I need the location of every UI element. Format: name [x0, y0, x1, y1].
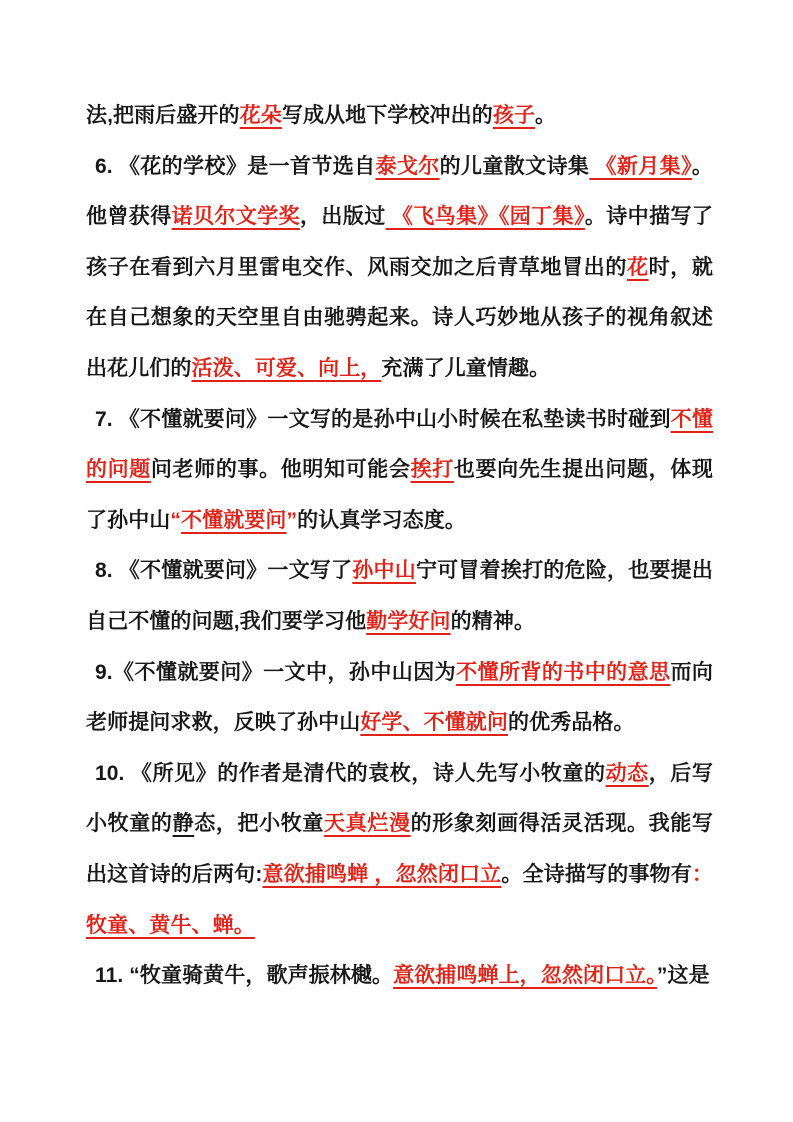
answer-highlight-run: 好学、不懂就问 [360, 711, 508, 734]
answer-highlight-run: 意欲捕鸣蝉 ，忽然闭口立 [262, 863, 501, 886]
text-run: 。 [535, 104, 556, 127]
answer-highlight-run: 挨打 [411, 458, 454, 481]
text-run: 法,把雨后盛开的 [86, 104, 240, 127]
answer-highlight-run: 泰戈尔 [375, 155, 439, 178]
text-run: ，出版过 [300, 205, 386, 228]
answer-highlight-run: 花朵 [240, 104, 282, 127]
item-9: 9.《不懂就要问》一文中，孙中山因为不懂所背的书中的意思而向老师提问求救，反映了… [86, 648, 713, 749]
answer-highlight-run: 勤学好问 [366, 610, 450, 633]
answer-highlight-run: 活泼、可爱、向上， [192, 357, 382, 380]
paragraph-5-continuation: 法,把雨后盛开的花朵写成从地下学校冲出的孩子。 [86, 91, 713, 142]
text-run: ”这是 [657, 964, 710, 987]
text-run: 7. 《不懂就要问》一文写的是孙中山小时候在私垫读书时碰到 [95, 408, 671, 431]
answer-highlight-run: 静 [173, 812, 195, 835]
answer-highlight-run: 孩子 [493, 104, 535, 127]
item-11: 11. “牧童骑黄牛，歌声振林樾。意欲捕鸣蝉上，忽然闭口立。”这是 [86, 951, 713, 1002]
answer-highlight-run: ： [692, 863, 713, 886]
answer-highlight-run: 动态 [606, 762, 649, 785]
text-run: 。全诗描写的事物有 [501, 863, 692, 886]
item-8: 8. 《不懂就要问》一文写了孙中山宁可冒着挨打的危险，也要提出自己不懂的问题,我… [86, 546, 713, 647]
answer-highlight-run: 意欲捕鸣蝉上，忽然闭口立。 [393, 964, 657, 987]
answer-highlight-run: 《飞鸟集》《园丁集》 [386, 205, 585, 228]
document-body: 法,把雨后盛开的花朵写成从地下学校冲出的孩子。6. 《花的学校》是一首节选自泰戈… [86, 91, 713, 1002]
text-run: 的优秀品格。 [508, 711, 635, 734]
answer-highlight-run: 《新月集》 [589, 155, 692, 178]
answer-highlight-run: 天真烂漫 [324, 812, 411, 835]
text-run: 态，把小牧童 [194, 812, 324, 835]
text-run: 8. 《不懂就要问》一文写了 [95, 559, 352, 582]
text-run: 问老师的事。他明知可能会 [151, 458, 411, 481]
answer-highlight-run: 牧童、黄牛、蝉。 [86, 914, 255, 937]
item-6: 6. 《花的学校》是一首节选自泰戈尔的儿童散文诗集 《新月集》。他曾获得诺贝尔文… [86, 142, 713, 395]
text-run: 充满了儿童情趣。 [381, 357, 550, 380]
answer-highlight-run: 孙中山 [352, 559, 416, 582]
document-page: 法,把雨后盛开的花朵写成从地下学校冲出的孩子。6. 《花的学校》是一首节选自泰戈… [0, 0, 793, 1122]
answer-highlight-run: “ [170, 509, 181, 532]
item-10: 10. 《所见》的作者是清代的袁枚，诗人先写小牧童的动态，后写小牧童的静态，把小… [86, 749, 713, 951]
text-run: 9.《不懂就要问》一文中，孙中山因为 [95, 661, 456, 684]
answer-highlight-run: 花 [627, 256, 649, 279]
answer-highlight-run: ” [287, 509, 298, 532]
text-run: 写成从地下学校冲出的 [282, 104, 493, 127]
text-run: 6. 《花的学校》是一首节选自 [95, 155, 375, 178]
text-run: 的儿童散文诗集 [440, 155, 590, 178]
answer-highlight-run: 诺贝尔文学奖 [172, 205, 300, 228]
answer-highlight-run: 不懂就要问 [181, 509, 287, 532]
text-run: 的认真学习态度。 [297, 509, 466, 532]
answer-highlight-run: 不懂所背的书中的意思 [456, 661, 670, 684]
item-7: 7. 《不懂就要问》一文写的是孙中山小时候在私垫读书时碰到不懂的问题问老师的事。… [86, 395, 713, 547]
text-run: 11. “牧童骑黄牛，歌声振林樾。 [95, 964, 393, 987]
text-run: 10. 《所见》的作者是清代的袁枚，诗人先写小牧童的 [95, 762, 606, 785]
text-run: 的精神。 [451, 610, 535, 633]
